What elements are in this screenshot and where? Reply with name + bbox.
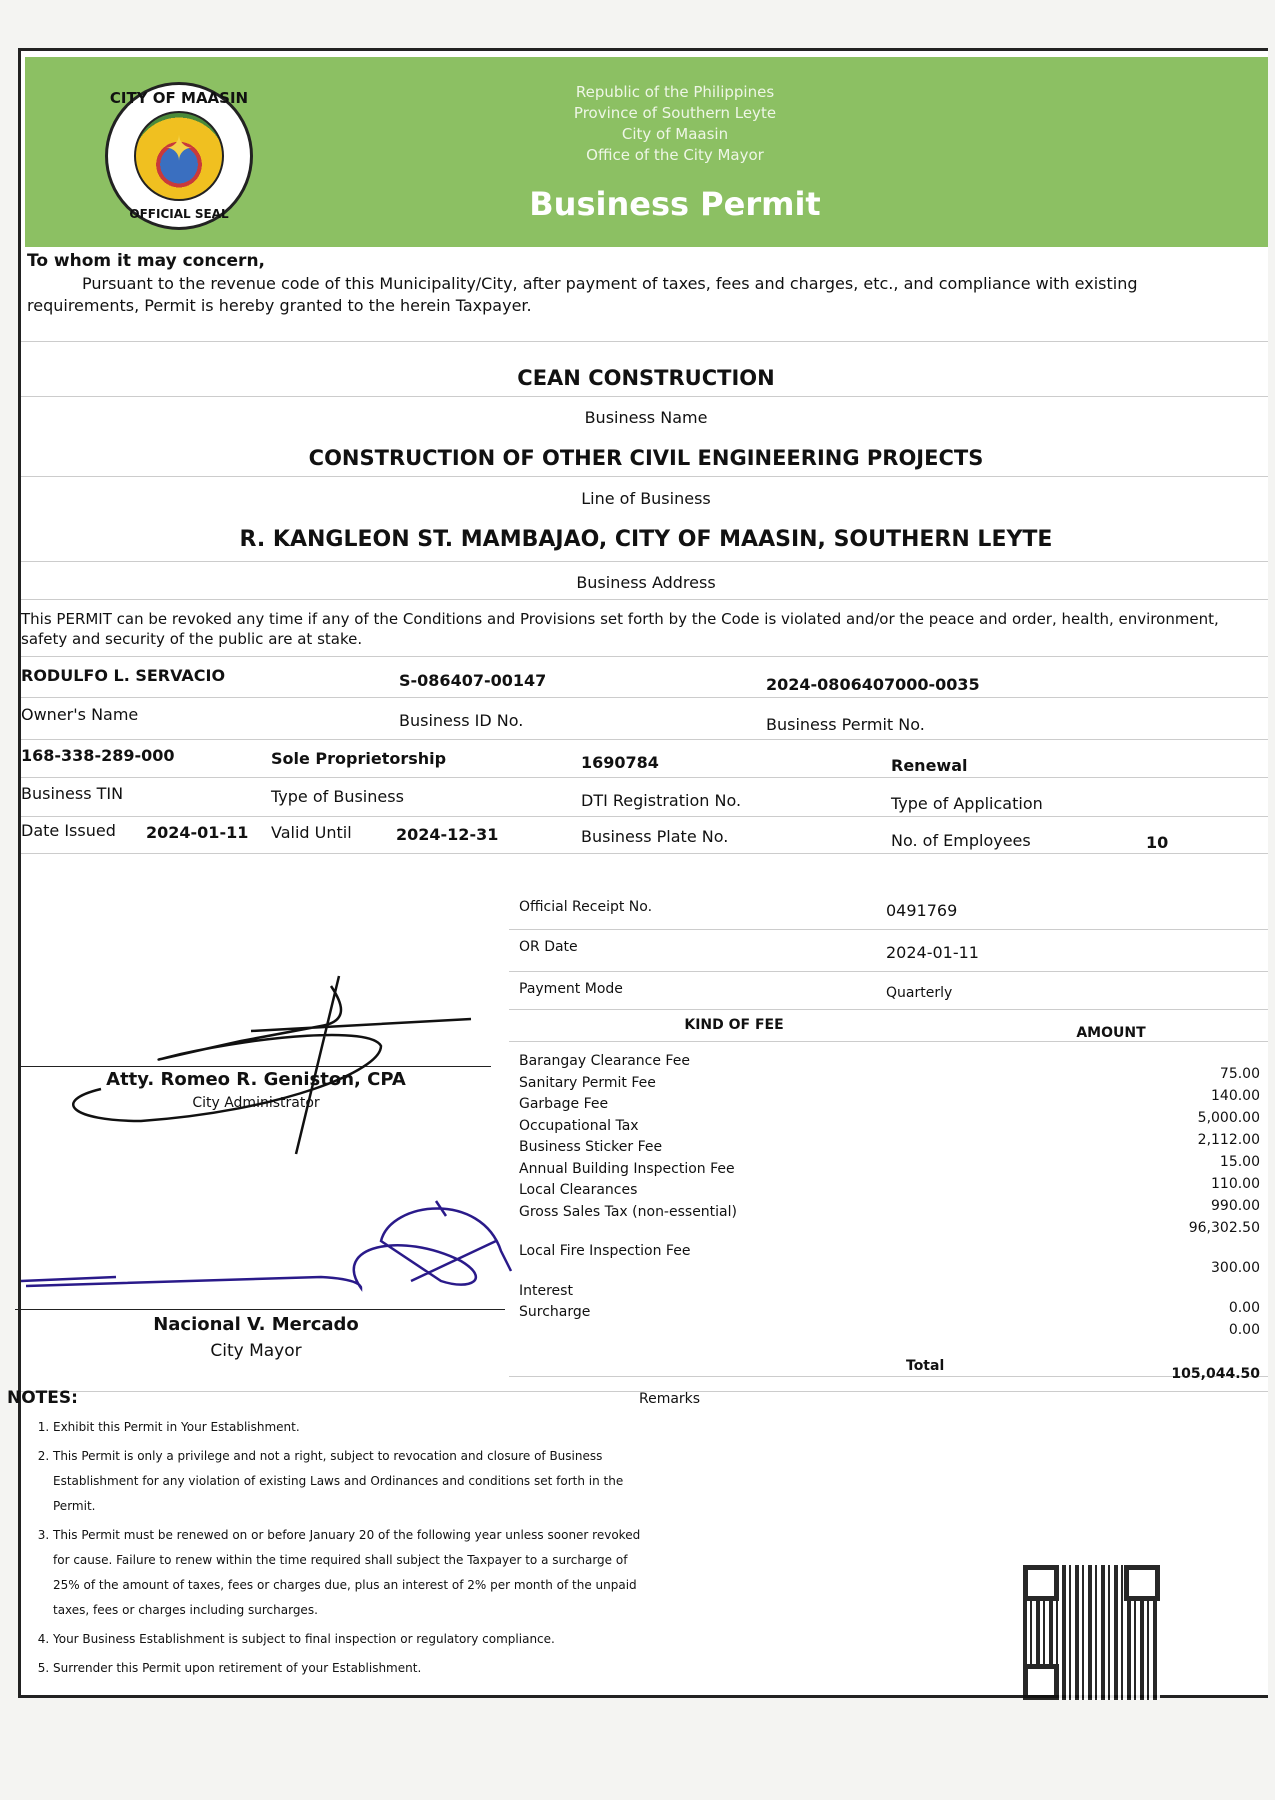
employees-label: No. of Employees bbox=[891, 831, 1031, 850]
application-type: Renewal bbox=[891, 756, 967, 775]
business-id-label: Business ID No. bbox=[399, 711, 523, 730]
fee-kind: Gross Sales Tax (non-essential) bbox=[519, 1202, 737, 1224]
dti-label: DTI Registration No. bbox=[581, 791, 741, 810]
header-line: City of Maasin bbox=[485, 124, 865, 145]
total-amount: 105,044.50 bbox=[1171, 1366, 1260, 1382]
note-item: Exhibit this Permit in Your Establishmen… bbox=[53, 1415, 653, 1440]
fee-kind: Occupational Tax bbox=[519, 1116, 737, 1138]
fee-amount: 140.00 bbox=[1189, 1085, 1260, 1107]
administrator-name: Atty. Romeo R. Geniston, CPA bbox=[21, 1069, 491, 1090]
owner-name-label: Owner's Name bbox=[21, 705, 138, 724]
business-id: S-086407-00147 bbox=[399, 671, 546, 690]
payment-mode: Quarterly bbox=[886, 985, 952, 1001]
fee-kind: Surcharge bbox=[519, 1302, 737, 1324]
note-item: This Permit must be renewed on or before… bbox=[53, 1523, 653, 1623]
seal-top-text: CITY OF MAASIN bbox=[108, 89, 250, 107]
fee-amount: 300.00 bbox=[1189, 1257, 1260, 1279]
fee-amount: 990.00 bbox=[1189, 1195, 1260, 1217]
or-date: 2024-01-11 bbox=[886, 943, 979, 962]
fee-kinds-list: Barangay Clearance Fee Sanitary Permit F… bbox=[519, 1051, 737, 1324]
business-address: R. KANGLEON ST. MAMBAJAO, CITY OF MAASIN… bbox=[21, 527, 1271, 552]
note-item: This Permit is only a privilege and not … bbox=[53, 1444, 653, 1519]
header-line: Office of the City Mayor bbox=[485, 145, 865, 166]
business-type: Sole Proprietorship bbox=[271, 749, 446, 768]
employees-count: 10 bbox=[1146, 833, 1168, 852]
fee-amount: 75.00 bbox=[1189, 1063, 1260, 1085]
administrator-title: City Administrator bbox=[21, 1095, 491, 1111]
or-date-label: OR Date bbox=[519, 939, 578, 955]
fee-kind: Business Sticker Fee bbox=[519, 1137, 737, 1159]
header-line: Republic of the Philippines bbox=[485, 82, 865, 103]
issuing-authority: Republic of the Philippines Province of … bbox=[485, 82, 865, 166]
fee-amounts-list: 75.00 140.00 5,000.00 2,112.00 15.00 110… bbox=[1189, 1063, 1260, 1341]
line-of-business-label: Line of Business bbox=[21, 489, 1271, 508]
city-seal-icon: CITY OF MAASIN ✦ OFFICIAL SEAL bbox=[105, 82, 253, 230]
payment-mode-label: Payment Mode bbox=[519, 981, 623, 997]
business-permit-document: CITY OF MAASIN ✦ OFFICIAL SEAL Republic … bbox=[18, 48, 1268, 1698]
permit-no: 2024-0806407000-0035 bbox=[766, 675, 980, 694]
line-of-business: CONSTRUCTION OF OTHER CIVIL ENGINEERING … bbox=[21, 446, 1271, 470]
note-item: Your Business Establishment is subject t… bbox=[53, 1627, 653, 1652]
business-address-label: Business Address bbox=[21, 573, 1271, 592]
fee-kind: Local Fire Inspection Fee bbox=[519, 1241, 737, 1263]
fee-amount: 2,112.00 bbox=[1189, 1129, 1260, 1151]
remarks-label: Remarks bbox=[639, 1391, 700, 1407]
seal-bottom-text: OFFICIAL SEAL bbox=[108, 207, 250, 221]
date-issued-label: Date Issued bbox=[21, 821, 116, 840]
fee-amount: 0.00 bbox=[1189, 1297, 1260, 1319]
business-name: CEAN CONSTRUCTION bbox=[21, 366, 1271, 390]
header-line: Province of Southern Leyte bbox=[485, 103, 865, 124]
fee-kind: Garbage Fee bbox=[519, 1094, 737, 1116]
business-name-label: Business Name bbox=[21, 408, 1271, 427]
or-no-label: Official Receipt No. bbox=[519, 899, 652, 915]
intro-text: Pursuant to the revenue code of this Mun… bbox=[27, 273, 1167, 317]
date-issued: 2024-01-11 bbox=[146, 823, 248, 842]
fee-amount: 0.00 bbox=[1189, 1319, 1260, 1341]
mayor-title: City Mayor bbox=[21, 1341, 491, 1361]
fee-amount: 15.00 bbox=[1189, 1151, 1260, 1173]
kind-of-fee-header: KIND OF FEE bbox=[509, 1017, 959, 1033]
business-tin: 168-338-289-000 bbox=[21, 746, 175, 765]
owner-name: RODULFO L. SERVACIO bbox=[21, 666, 225, 685]
business-type-label: Type of Business bbox=[271, 787, 404, 806]
fee-kind: Sanitary Permit Fee bbox=[519, 1073, 737, 1095]
dti-number: 1690784 bbox=[581, 753, 659, 772]
application-type-label: Type of Application bbox=[891, 794, 1043, 813]
permit-no-label: Business Permit No. bbox=[766, 715, 925, 734]
notes-heading: NOTES: bbox=[7, 1388, 78, 1408]
plate-no-label: Business Plate No. bbox=[581, 827, 728, 846]
or-no: 0491769 bbox=[886, 901, 957, 920]
total-label: Total bbox=[906, 1358, 944, 1374]
permit-header: CITY OF MAASIN ✦ OFFICIAL SEAL Republic … bbox=[25, 57, 1268, 247]
notes-list: Exhibit this Permit in Your Establishmen… bbox=[13, 1415, 653, 1685]
revocation-text: This PERMIT can be revoked any time if a… bbox=[21, 609, 1261, 649]
valid-until-label: Valid Until bbox=[271, 823, 352, 842]
mayor-name: Nacional V. Mercado bbox=[21, 1314, 491, 1335]
salutation: To whom it may concern, bbox=[27, 251, 265, 271]
fee-kind: Barangay Clearance Fee bbox=[519, 1051, 737, 1073]
fee-amount: 110.00 bbox=[1189, 1173, 1260, 1195]
fee-amount: 5,000.00 bbox=[1189, 1107, 1260, 1129]
page-title: Business Permit bbox=[485, 185, 865, 223]
qr-code-icon bbox=[1023, 1565, 1160, 1700]
fee-amount: 96,302.50 bbox=[1189, 1217, 1260, 1239]
valid-until: 2024-12-31 bbox=[396, 825, 498, 844]
note-item: Surrender this Permit upon retirement of… bbox=[53, 1656, 653, 1681]
fee-kind: Local Clearances bbox=[519, 1180, 737, 1202]
business-tin-label: Business TIN bbox=[21, 784, 123, 803]
fee-kind: Interest bbox=[519, 1281, 737, 1303]
amount-header: AMOUNT bbox=[961, 1025, 1261, 1041]
fee-kind: Annual Building Inspection Fee bbox=[519, 1159, 737, 1181]
